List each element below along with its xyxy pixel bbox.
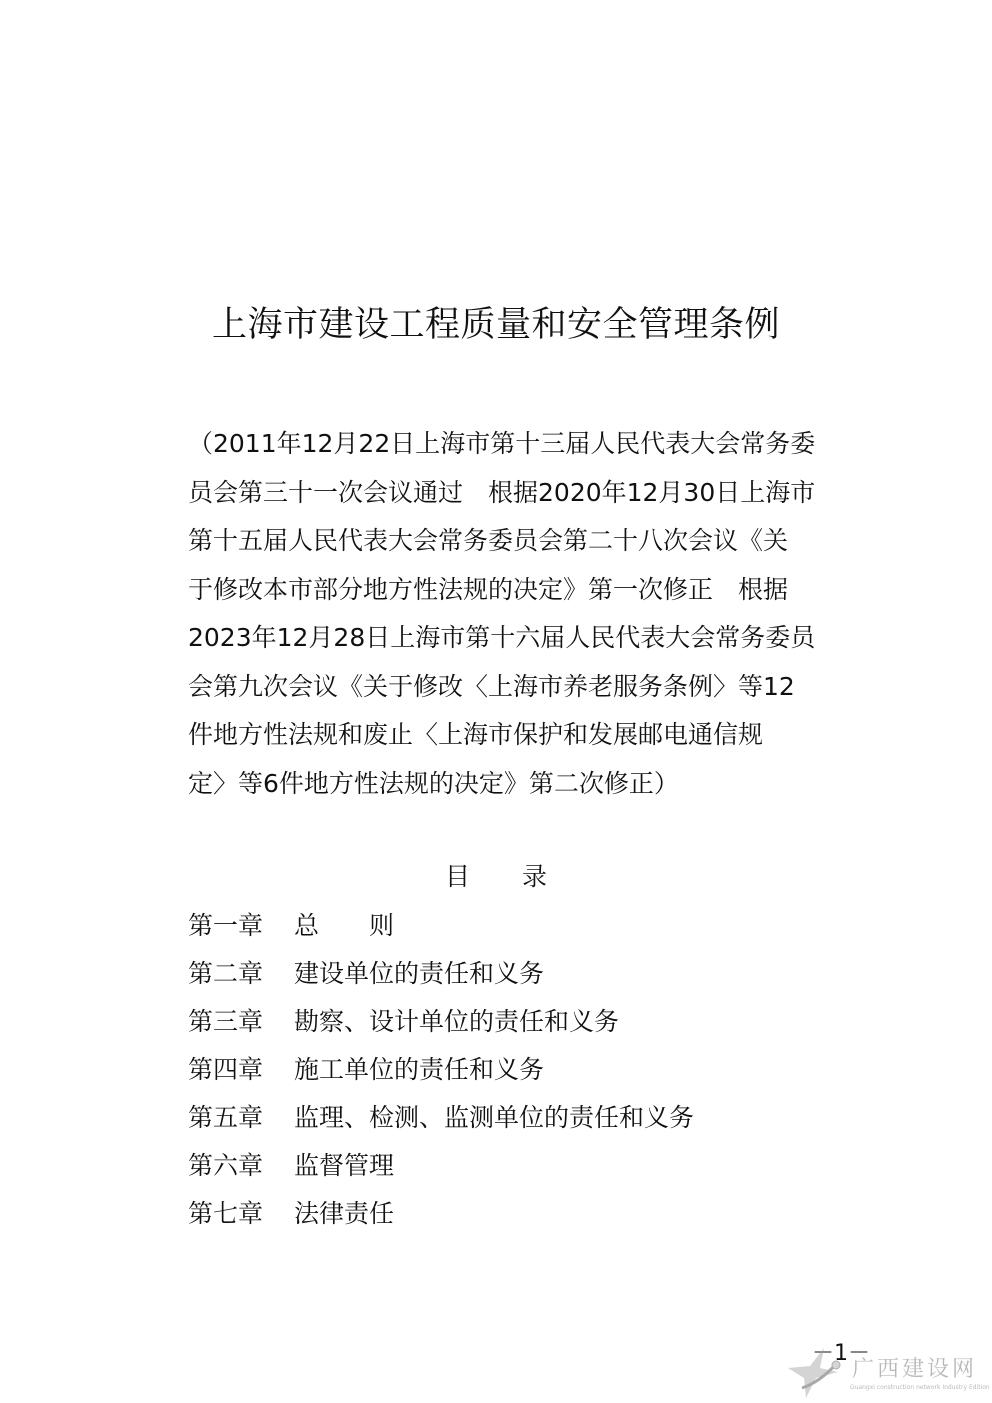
- toc-item: 第六章 监督管理: [188, 1142, 694, 1190]
- toc-item: 第三章 勘察、设计单位的责任和义务: [188, 998, 694, 1046]
- chapter-title: 勘察、设计单位的责任和义务: [294, 998, 619, 1046]
- preamble-line: 会第九次会议《关于修改〈上海市养老服务条例〉等12: [188, 663, 838, 712]
- toc-heading-right: 录: [522, 855, 547, 899]
- chapter-title: 监理、检测、监测单位的责任和义务: [294, 1094, 694, 1142]
- chapter-number: 第七章: [188, 1190, 294, 1238]
- toc-item: 第一章 总 则: [188, 902, 694, 950]
- toc-heading-left: 目: [445, 855, 470, 899]
- preamble-line: 于修改本市部分地方性法规的决定》第一次修正 根据: [188, 566, 838, 615]
- chapter-title: 建设单位的责任和义务: [294, 950, 544, 998]
- toc-item: 第七章 法律责任: [188, 1190, 694, 1238]
- chapter-number: 第六章: [188, 1142, 294, 1190]
- chapter-title: 施工单位的责任和义务: [294, 1046, 544, 1094]
- chapter-number: 第三章: [188, 998, 294, 1046]
- chapter-title: 法律责任: [294, 1190, 394, 1238]
- toc-item: 第二章 建设单位的责任和义务: [188, 950, 694, 998]
- document-page: 上海市建设工程质量和安全管理条例 （2011年12月22日上海市第十三届人民代表…: [0, 0, 992, 1403]
- toc-heading: 目录: [0, 855, 992, 899]
- watermark-text: 广西建设网: [852, 1352, 977, 1383]
- toc-item: 第四章 施工单位的责任和义务: [188, 1046, 694, 1094]
- star-logo-icon: [780, 1344, 850, 1403]
- chapter-number: 第二章: [188, 950, 294, 998]
- chapter-number: 第一章: [188, 902, 294, 950]
- chapter-number: 第五章: [188, 1094, 294, 1142]
- chapter-title: 总 则: [294, 902, 394, 950]
- preamble-line: 第十五届人民代表大会常务委员会第二十八次会议《关: [188, 517, 838, 566]
- watermark: 广西建设网 Guangxi construction network Indus…: [780, 1344, 992, 1403]
- preamble-line: 件地方性法规和废止〈上海市保护和发展邮电通信规: [188, 711, 838, 760]
- chapter-title: 监督管理: [294, 1142, 394, 1190]
- preamble: （2011年12月22日上海市第十三届人民代表大会常务委 员会第三十一次会议通过…: [188, 420, 838, 808]
- preamble-line: 员会第三十一次会议通过 根据2020年12月30日上海市: [188, 469, 838, 518]
- chapter-number: 第四章: [188, 1046, 294, 1094]
- preamble-line: 2023年12月28日上海市第十六届人民代表大会常务委员: [188, 614, 838, 663]
- watermark-subtext: Guangxi construction network Industry Ed…: [850, 1384, 990, 1391]
- preamble-line: （2011年12月22日上海市第十三届人民代表大会常务委: [188, 420, 838, 469]
- document-title: 上海市建设工程质量和安全管理条例: [0, 300, 992, 350]
- toc-item: 第五章 监理、检测、监测单位的责任和义务: [188, 1094, 694, 1142]
- preamble-line: 定〉等6件地方性法规的决定》第二次修正）: [188, 760, 838, 809]
- table-of-contents: 第一章 总 则 第二章 建设单位的责任和义务 第三章 勘察、设计单位的责任和义务…: [188, 902, 694, 1238]
